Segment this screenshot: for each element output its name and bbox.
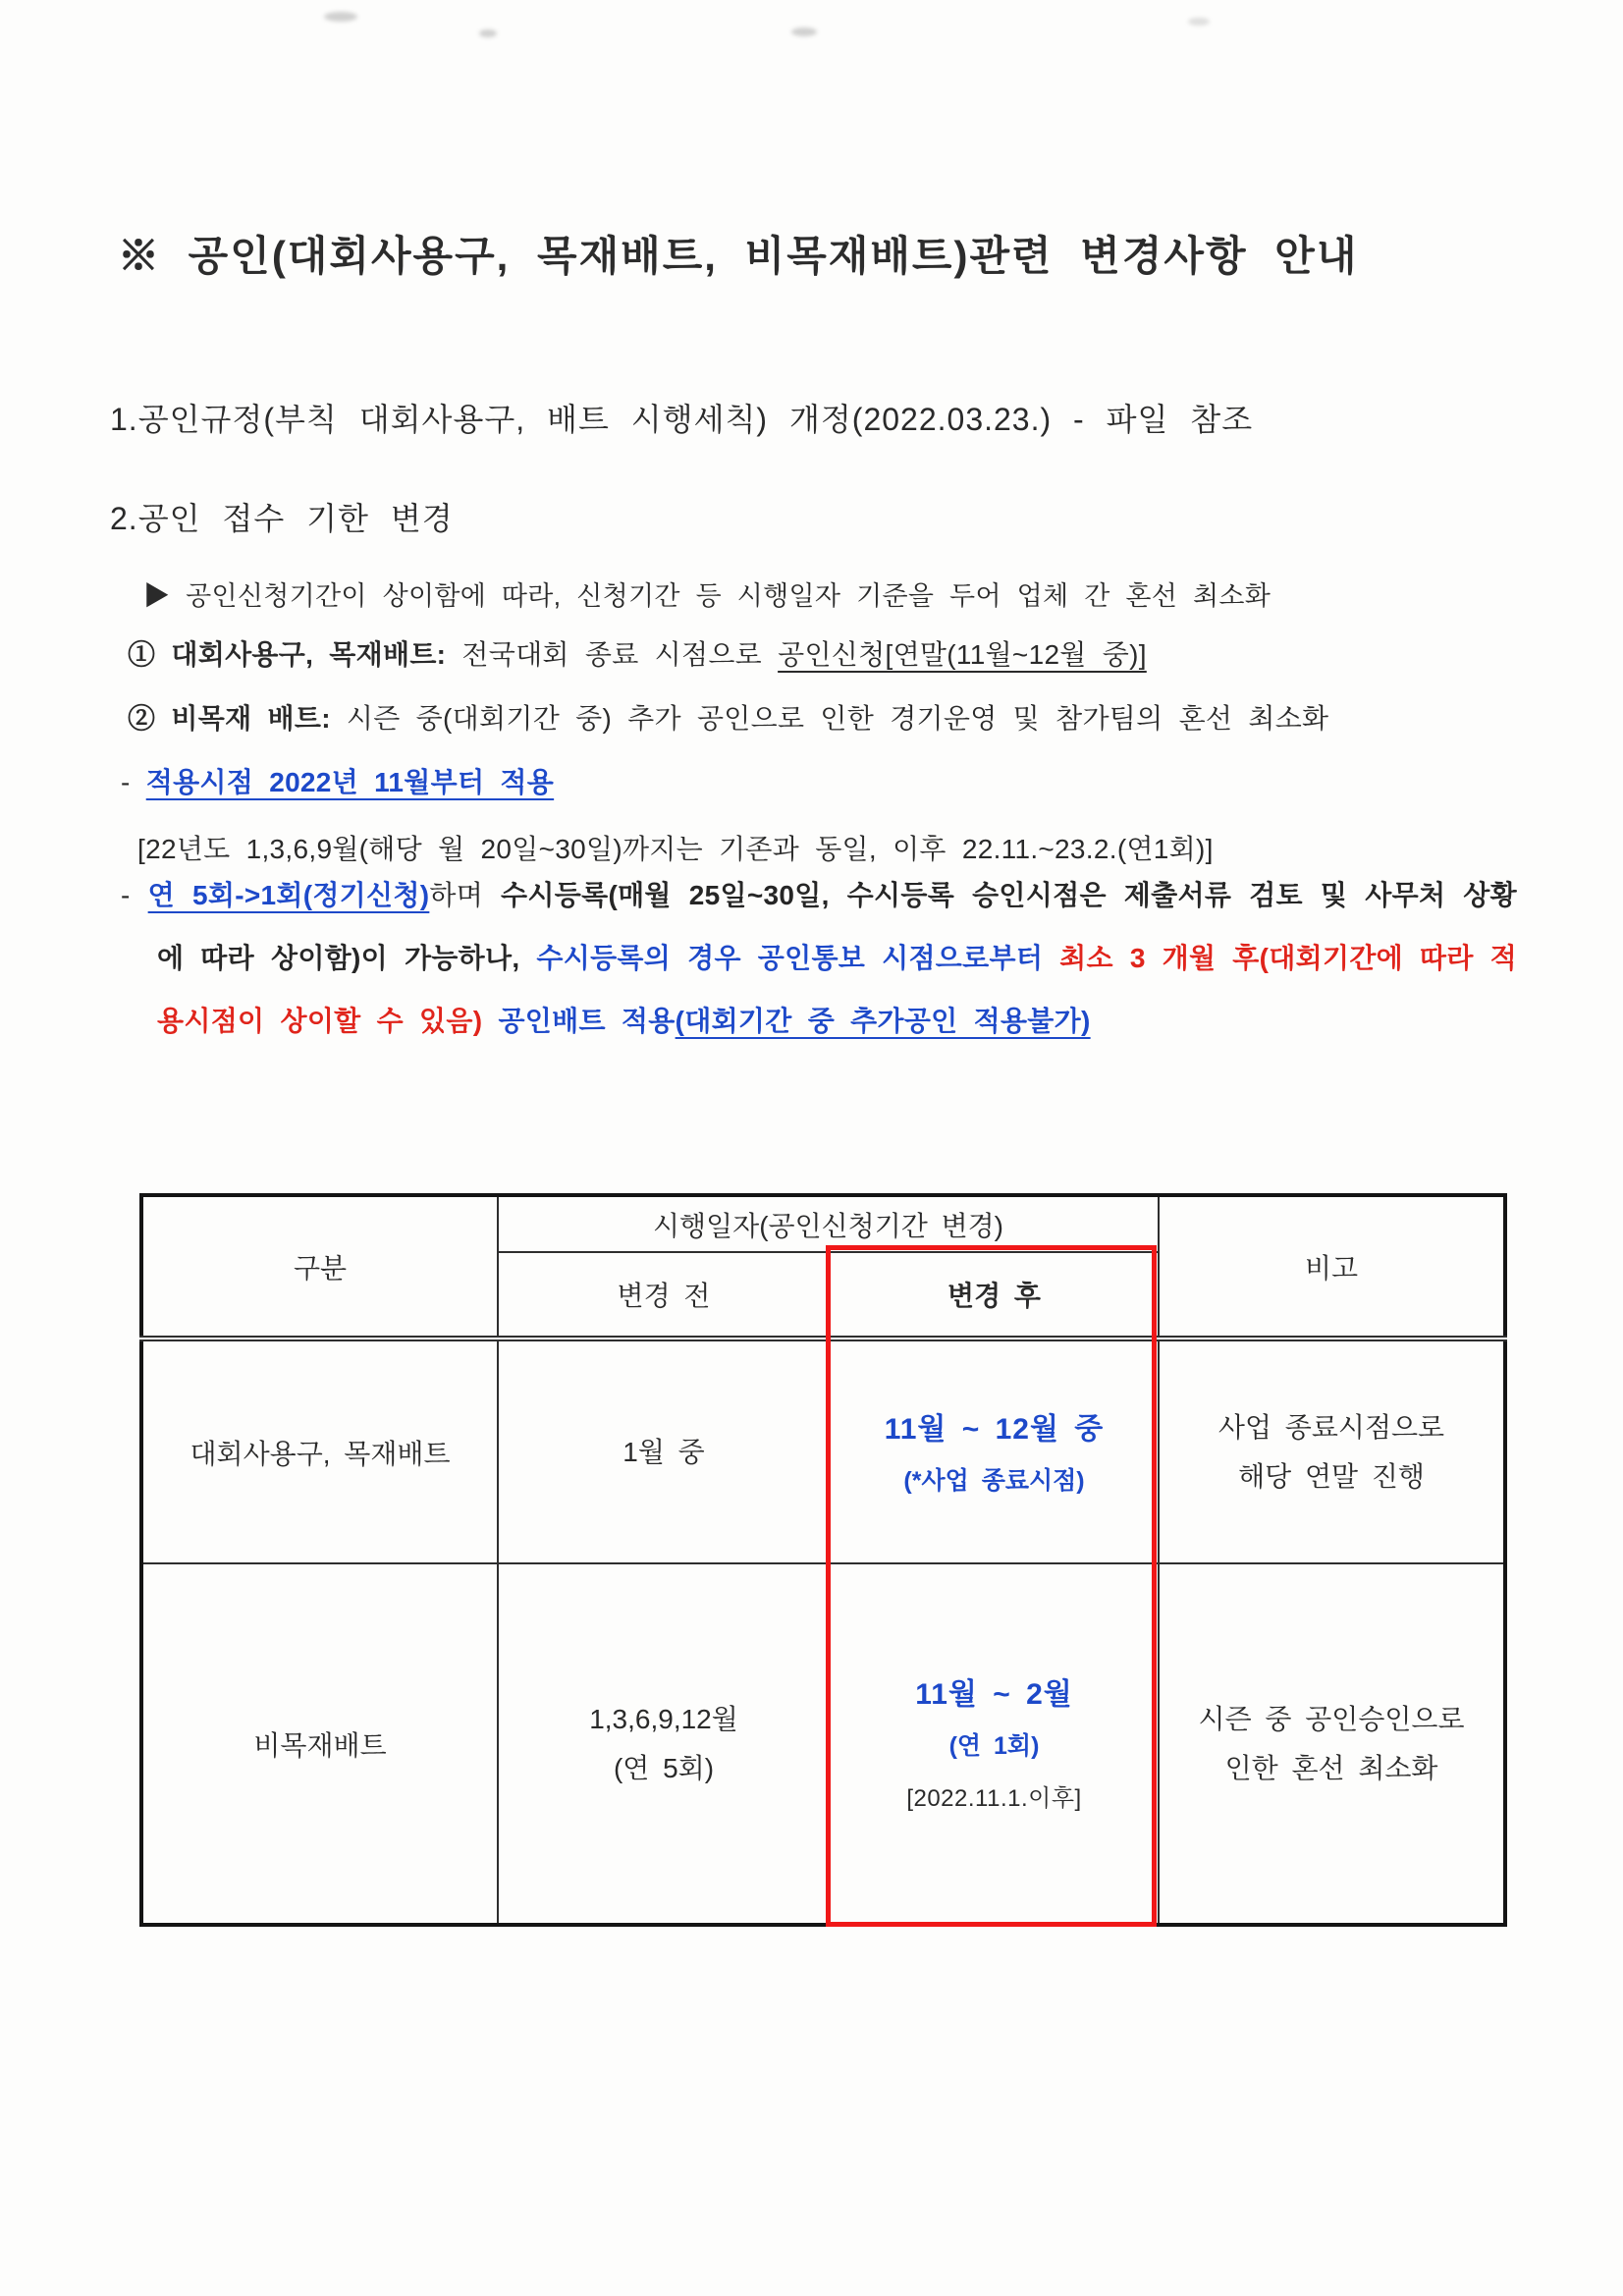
cell-note: 시즌 중 공인승인으로 인한 혼선 최소화 — [1159, 1563, 1505, 1925]
table-header-after: 변경 후 — [830, 1252, 1159, 1339]
document-page: ※ 공인(대회사용구, 목재배트, 비목재배트)관련 변경사항 안내 1.공인규… — [0, 0, 1623, 2296]
cell-line: 해당 연말 진행 — [1160, 1452, 1503, 1502]
text-run: - — [121, 767, 146, 797]
cell-line: (*사업 종료시점) — [831, 1458, 1158, 1503]
scan-artifact — [1188, 18, 1210, 26]
cell-before: 1,3,6,9,12월 (연 5회) — [498, 1563, 830, 1925]
cell-line: [2022.11.1.이후] — [831, 1777, 1158, 1822]
cell-line: 인한 혼선 최소화 — [1160, 1744, 1503, 1793]
table-header-note: 비고 — [1159, 1195, 1505, 1339]
approval-schedule-table: 구분 시행일자(공인신청기간 변경) 비고 변경 전 변경 후 대회사용구, 목… — [139, 1193, 1507, 1927]
scan-artifact — [479, 29, 497, 37]
page-title: ※ 공인(대회사용구, 목재배트, 비목재배트)관련 변경사항 안내 — [118, 224, 1358, 283]
text-run: 공인신청[연말(11월~12월 중)] — [778, 639, 1147, 670]
table-row: 비목재배트 1,3,6,9,12월 (연 5회) 11월 ~ 2월 (연 1회)… — [141, 1563, 1505, 1925]
note-non-wood-bat: ② 비목재 배트: 시즌 중(대회기간 중) 추가 공인으로 인한 경기운영 및… — [128, 697, 1328, 737]
cell-line: 11월 ~ 12월 중 — [831, 1401, 1158, 1458]
note-existing-schedule: [22년도 1,3,6,9월(해당 월 20일~30일)까지는 기존과 동일, … — [137, 828, 1214, 867]
text-run: (대회기간 중 추가공인 적용불가) — [676, 1006, 1091, 1036]
cell-line: 시즌 중 공인승인으로 — [1160, 1695, 1503, 1744]
note-registration-paragraph: - 연 5회->1회(정기신청)하며 수시등록(매월 25일~30일, 수시등록… — [121, 864, 1517, 1053]
text-run: ② 비목재 배트: — [128, 703, 347, 734]
cell-line: (연 5회) — [499, 1744, 829, 1793]
text-run: 공인배트 적용 — [498, 1006, 675, 1036]
cell-category: 비목재배트 — [141, 1563, 498, 1925]
note-effective-date: - 적용시점 2022년 11월부터 적용 — [121, 761, 554, 800]
cell-line: 1월 중 — [499, 1428, 829, 1477]
table-row: 대회사용구, 목재배트 1월 중 11월 ~ 12월 중 (*사업 종료시점) … — [141, 1339, 1505, 1563]
cell-note: 사업 종료시점으로 해당 연말 진행 — [1159, 1339, 1505, 1563]
section-2-heading: 2.공인 접수 기한 변경 — [110, 494, 454, 539]
text-run: - — [121, 880, 148, 910]
section-1-heading: 1.공인규정(부칙 대회사용구, 배트 시행세칙) 개정(2022.03.23.… — [110, 395, 1253, 440]
note-application-period: ▶ 공인신청기간이 상이함에 따라, 신청기간 등 시행일자 기준을 두어 업체… — [143, 574, 1271, 613]
note-tournament-equipment-wood-bat: ① 대회사용구, 목재배트: 전국대회 종료 시점으로 공인신청[연말(11월~… — [128, 633, 1147, 673]
cell-line: 사업 종료시점으로 — [1160, 1403, 1503, 1452]
cell-category: 대회사용구, 목재배트 — [141, 1339, 498, 1563]
table-header-schedule: 시행일자(공인신청기간 변경) — [498, 1195, 1159, 1252]
text-run: 하며 — [429, 880, 501, 910]
scan-artifact — [324, 12, 357, 22]
cell-before: 1월 중 — [498, 1339, 830, 1563]
cell-line: (연 1회) — [831, 1723, 1158, 1769]
cell-after: 11월 ~ 2월 (연 1회) [2022.11.1.이후] — [830, 1563, 1159, 1925]
text-run: 수시등록의 경우 공인통보 시점으로부터 — [536, 943, 1059, 973]
text-run: 연 5회->1회(정기신청) — [148, 880, 430, 910]
cell-line: 11월 ~ 2월 — [831, 1667, 1158, 1723]
cell-line: 1,3,6,9,12월 — [499, 1695, 829, 1744]
text-run: 전국대회 종료 시점으로 — [461, 639, 778, 670]
text-run: 적용시점 2022년 11월부터 적용 — [146, 767, 554, 797]
cell-after: 11월 ~ 12월 중 (*사업 종료시점) — [830, 1339, 1159, 1563]
text-run: 시즌 중(대회기간 중) 추가 공인으로 인한 경기운영 및 참가팀의 혼선 최… — [347, 703, 1328, 734]
text-run: ① 대회사용구, 목재배트: — [128, 639, 461, 670]
table-header-category: 구분 — [141, 1195, 498, 1339]
table-header-before: 변경 전 — [498, 1252, 830, 1339]
scan-artifact — [791, 27, 817, 36]
